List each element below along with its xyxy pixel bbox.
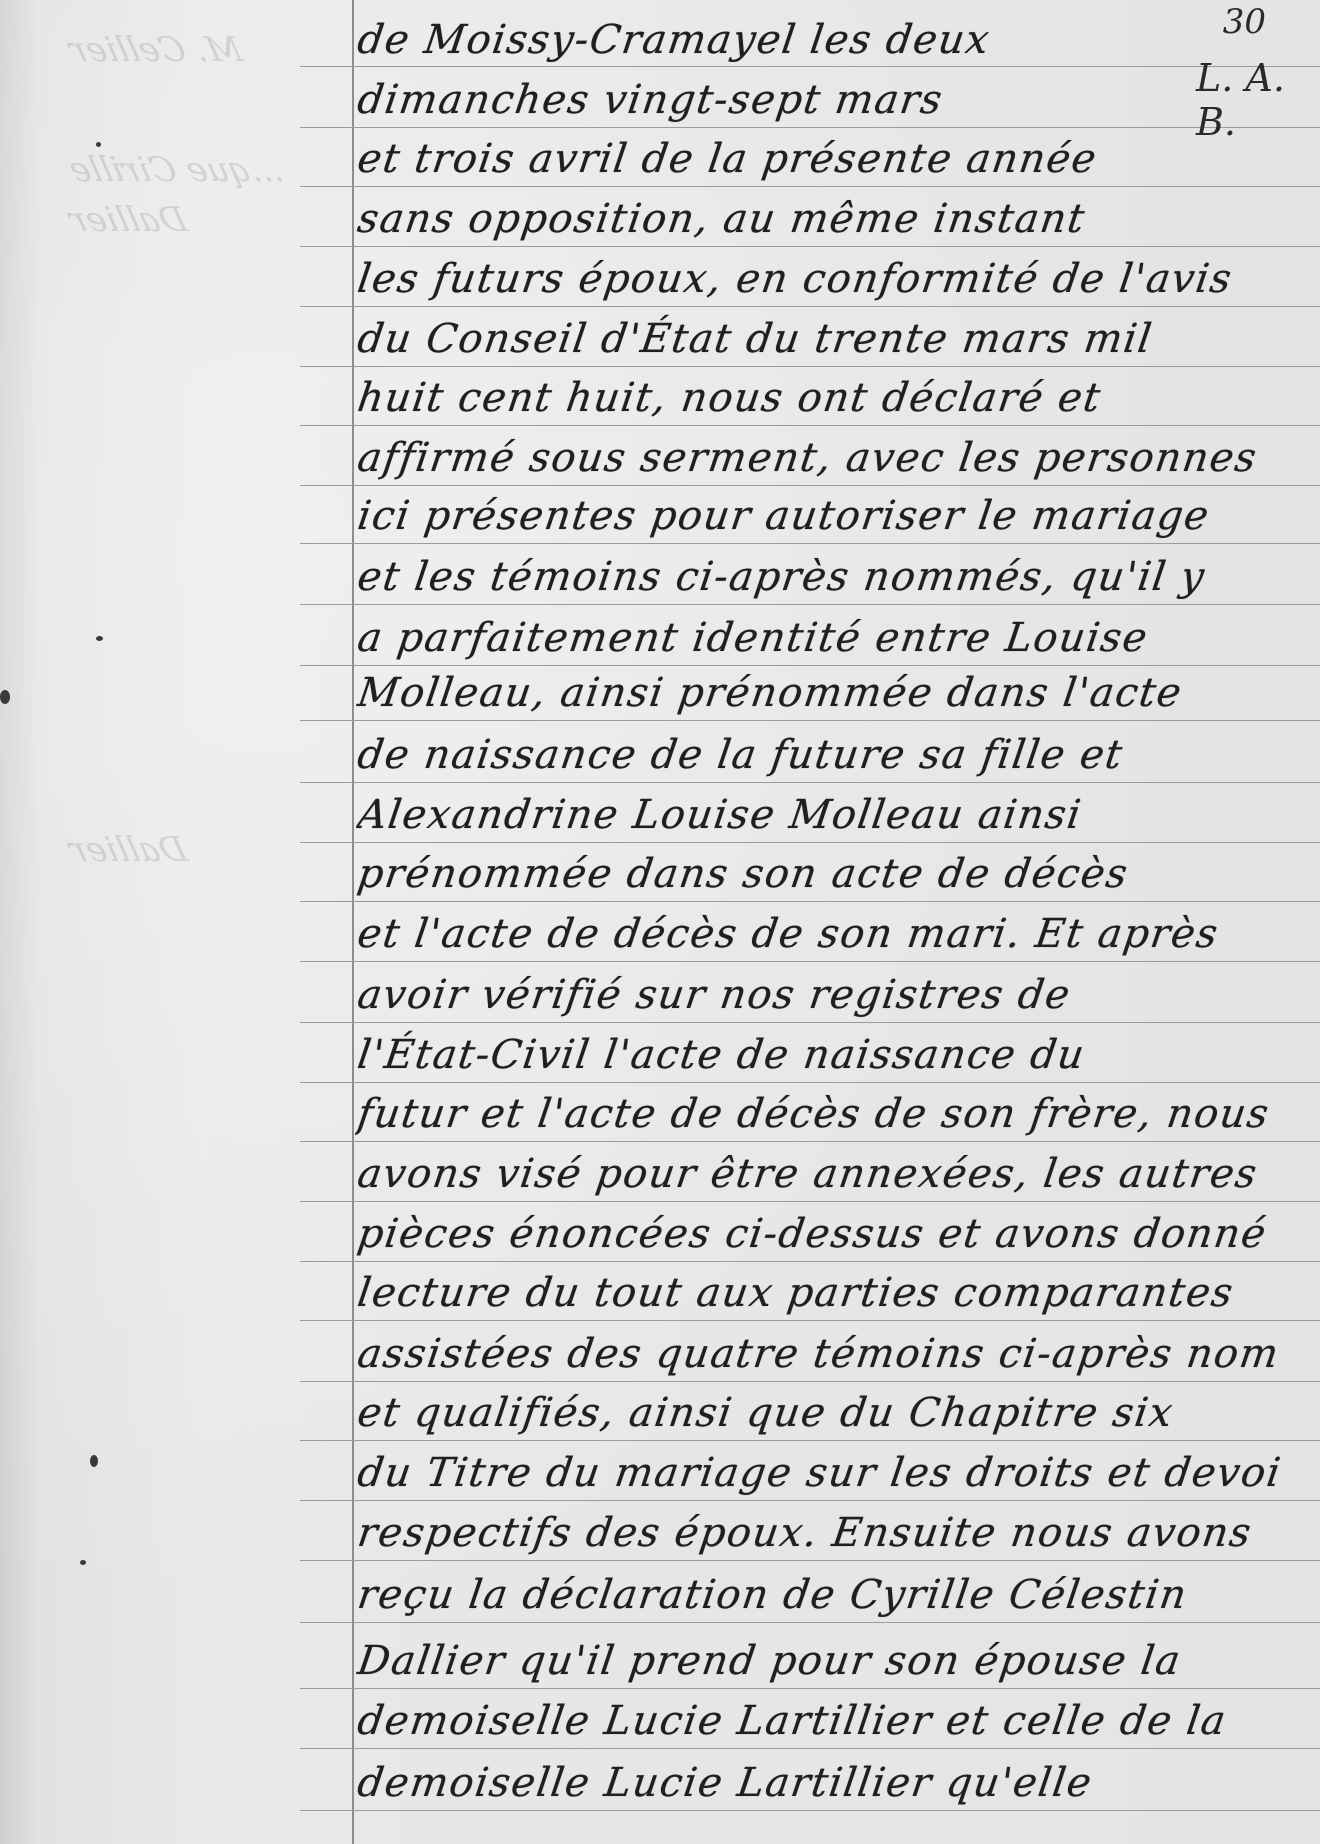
- text-line: de naissance de la future sa fille et: [354, 725, 1282, 785]
- margin-rule: [352, 0, 354, 1844]
- ink-speck: [96, 142, 101, 147]
- margin-annotation: 30 L. A. B.: [1196, 0, 1306, 150]
- bleed-text: M. Cellier: [65, 30, 345, 70]
- text-line: Molleau, ainsi prénommée dans l'acte: [354, 663, 1282, 723]
- text-line: prénommée dans son acte de décès: [354, 844, 1282, 904]
- register-page: M. Cellier ...que Cirille Dallier Dallie…: [0, 0, 1320, 1844]
- text-line: avoir vérifié sur nos registres de: [354, 965, 1282, 1025]
- text-line: reçu la déclaration de Cyrille Célestin: [354, 1565, 1282, 1625]
- ink-speck: [90, 1455, 98, 1467]
- text-line: et trois avril de la présente année: [354, 129, 1282, 189]
- text-line: et l'acte de décès de son mari. Et après: [354, 904, 1282, 964]
- text-line: pièces énoncées ci-dessus et avons donné: [354, 1204, 1282, 1264]
- left-margin-bleedthrough: M. Cellier ...que Cirille Dallier Dallie…: [0, 0, 352, 1844]
- text-line: affirmé sous serment, avec les personnes: [354, 428, 1282, 488]
- bleed-text: ...que Cirille: [65, 150, 345, 190]
- text-line: huit cent huit, nous ont déclaré et: [354, 368, 1282, 428]
- text-line: respectifs des époux. Ensuite nous avons: [354, 1503, 1282, 1563]
- handwritten-body: de Moissy-Cramayel les deux dimanches vi…: [358, 0, 1278, 1844]
- text-line: demoiselle Lucie Lartillier et celle de …: [354, 1691, 1282, 1751]
- page-number: 30: [1223, 2, 1266, 42]
- ink-speck: [0, 690, 10, 704]
- text-line: Dallier qu'il prend pour son épouse la: [354, 1631, 1282, 1691]
- text-line: les futurs époux, en conformité de l'avi…: [354, 249, 1282, 309]
- text-line: Alexandrine Louise Molleau ainsi: [354, 785, 1282, 845]
- text-line: et qualifiés, ainsi que du Chapitre six: [354, 1383, 1282, 1443]
- text-line: sans opposition, au même instant: [354, 189, 1282, 249]
- text-line: demoiselle Lucie Lartillier qu'elle: [354, 1753, 1282, 1813]
- bleed-text: Dallier: [65, 830, 345, 870]
- text-line: du Conseil d'État du trente mars mil: [354, 309, 1282, 369]
- text-line: futur et l'acte de décès de son frère, n…: [354, 1084, 1282, 1144]
- text-line: lecture du tout aux parties comparantes: [354, 1263, 1282, 1323]
- text-line: du Titre du mariage sur les droits et de…: [354, 1443, 1282, 1503]
- initials: L. A. B.: [1196, 56, 1302, 144]
- ink-speck: [80, 1560, 86, 1565]
- ink-speck: [96, 636, 103, 641]
- text-line: dimanches vingt-sept mars: [354, 70, 1282, 130]
- text-line: assistées des quatre témoins ci-après no…: [354, 1324, 1282, 1384]
- text-line: l'État-Civil l'acte de naissance du: [354, 1025, 1282, 1085]
- text-line: a parfaitement identité entre Louise: [354, 608, 1282, 668]
- bleed-text: Dallier: [65, 200, 345, 240]
- text-line: avons visé pour être annexées, les autre…: [354, 1144, 1282, 1204]
- text-line: de Moissy-Cramayel les deux: [354, 10, 1282, 70]
- text-line: et les témoins ci-après nommés, qu'il y: [354, 547, 1282, 607]
- text-line: ici présentes pour autoriser le mariage: [354, 486, 1282, 546]
